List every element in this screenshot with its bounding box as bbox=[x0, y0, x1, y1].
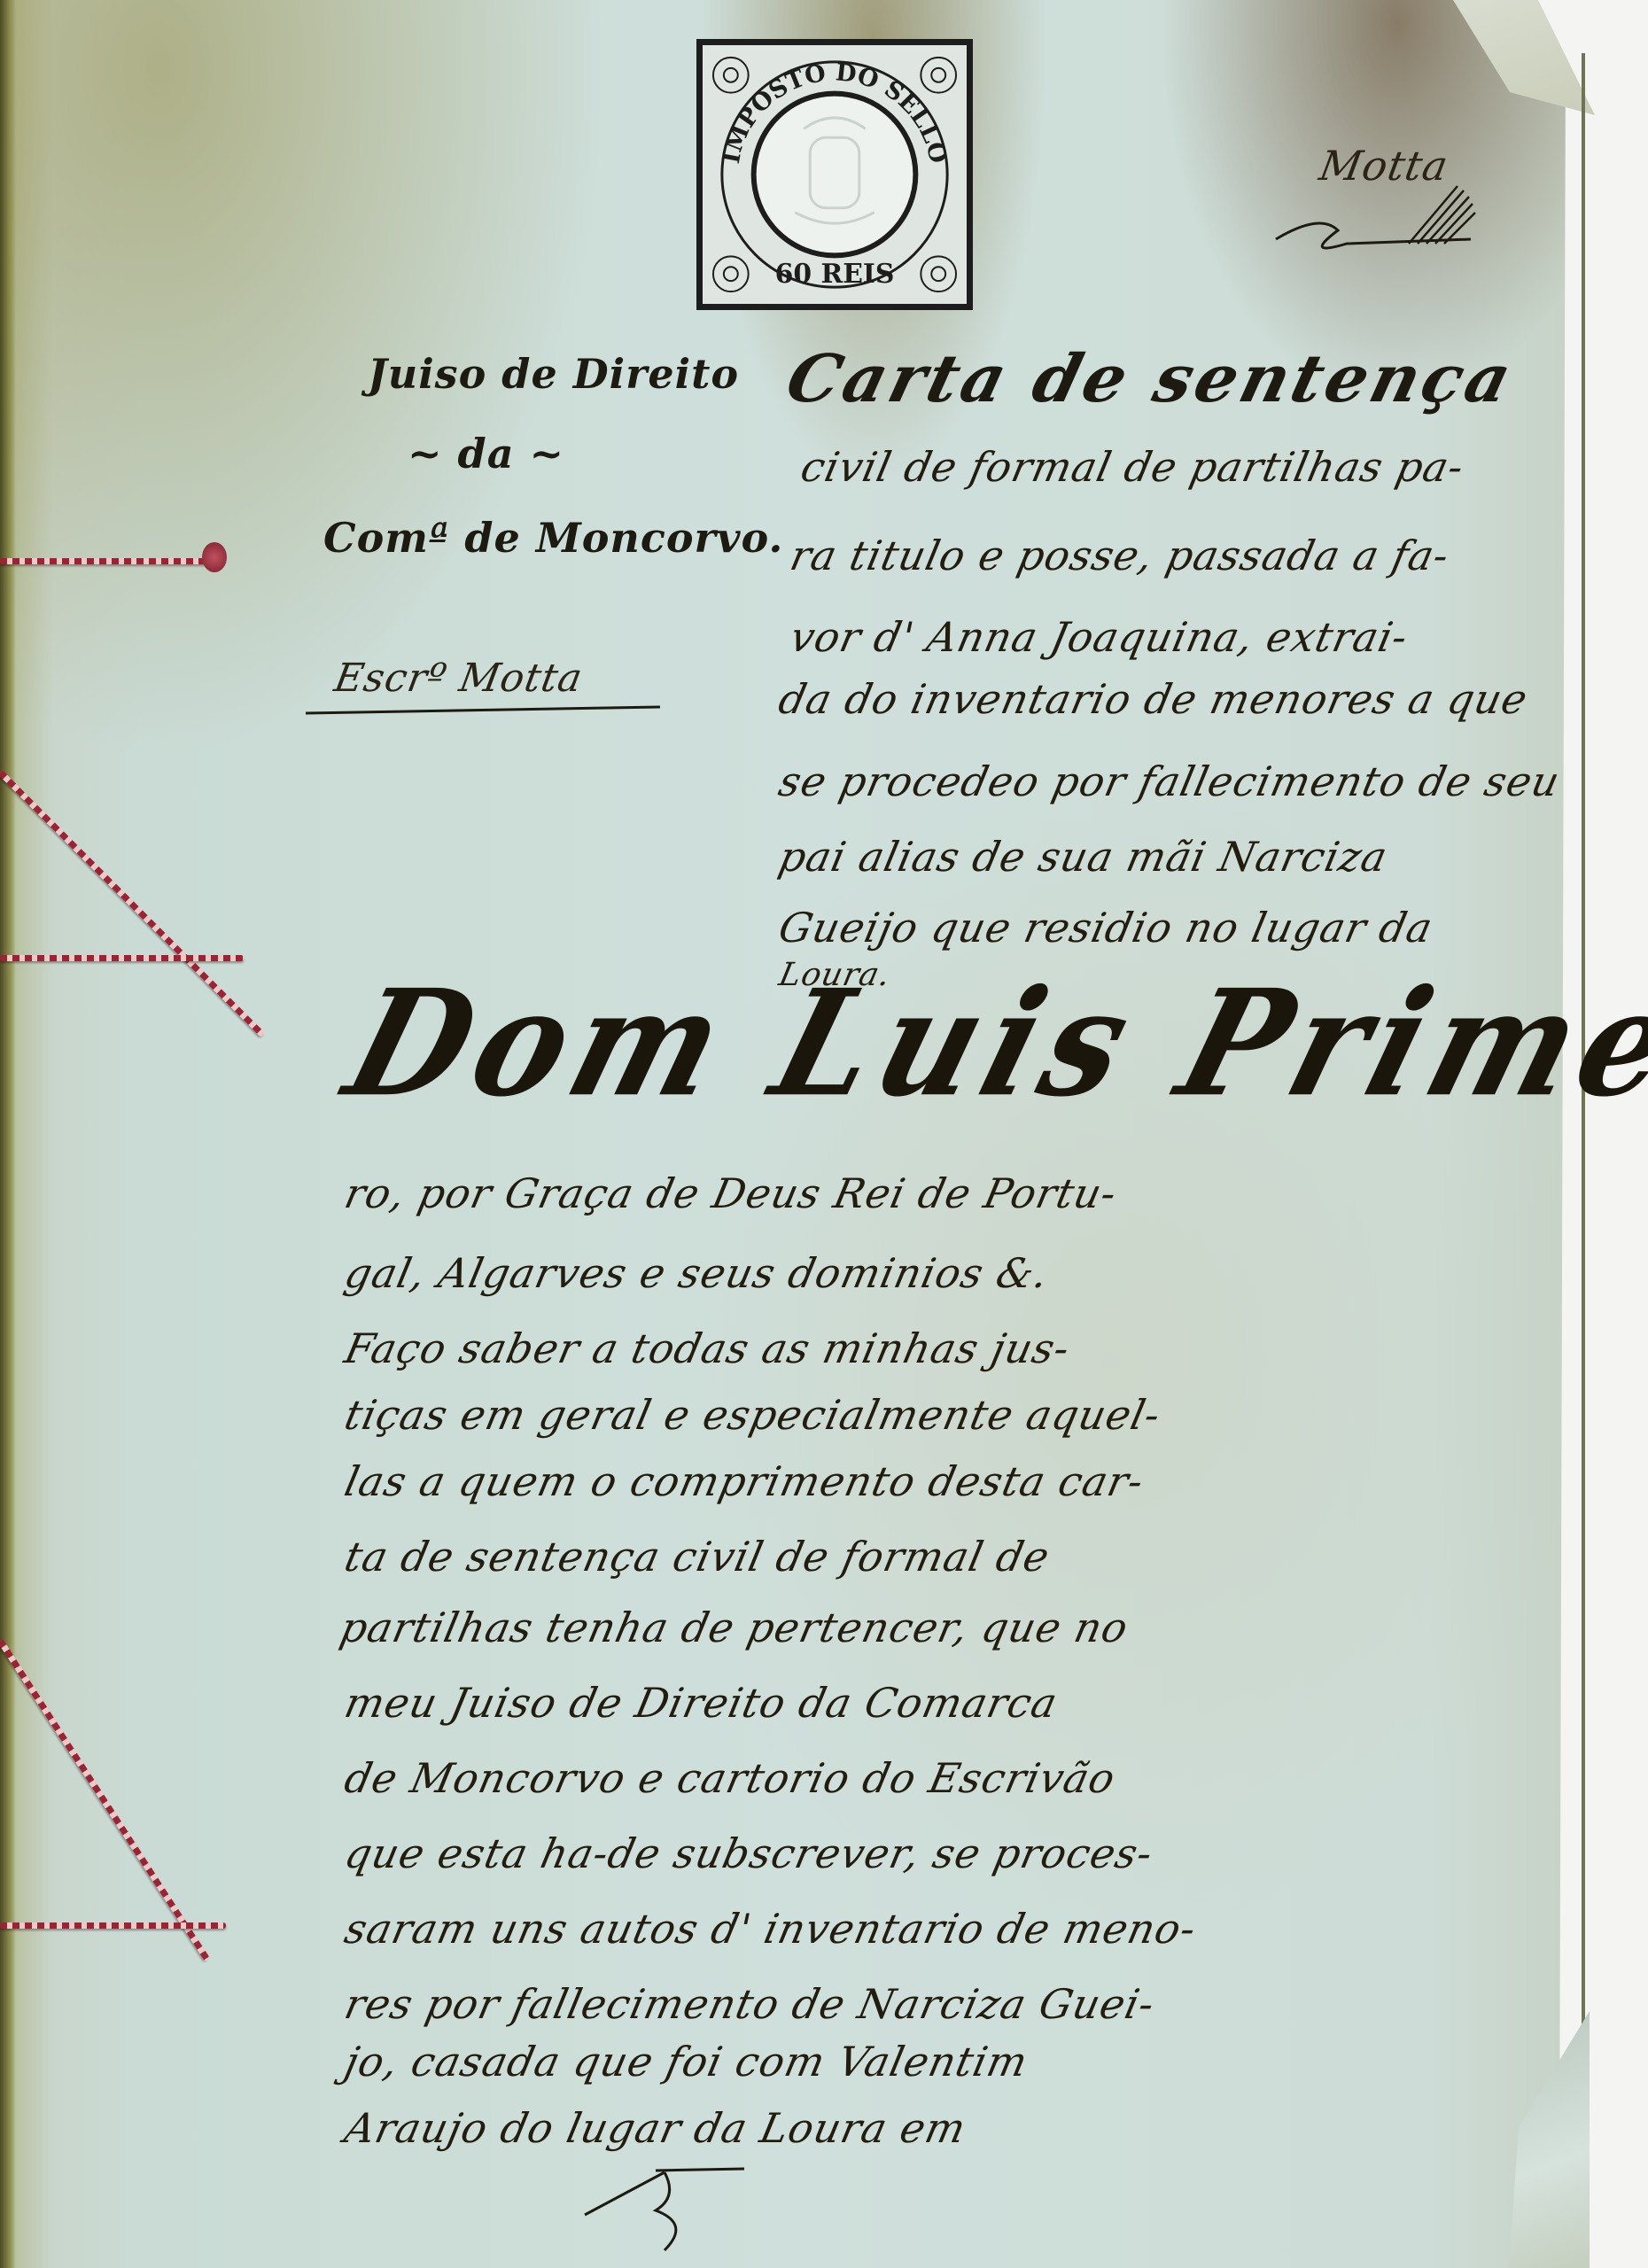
body-line: de Moncorvo e cartorio do Escrivão bbox=[340, 1754, 1120, 1802]
subtitle-line: pai alias de sua mãi Narciza bbox=[774, 833, 1392, 881]
scribe-name: Escrº Motta bbox=[331, 656, 587, 701]
subtitle-line: ra titulo e posse, passada a fa- bbox=[786, 532, 1454, 579]
body-line: Araujo do lugar da Loura em bbox=[340, 2104, 970, 2152]
body-line: gal, Algarves e seus dominios &. bbox=[340, 1249, 1053, 1297]
body-line: partilhas tenha de pertencer, que no bbox=[336, 1604, 1132, 1651]
court-district: Comª de Moncorvo. bbox=[323, 514, 783, 562]
body-line: Faço saber a todas as minhas jus- bbox=[340, 1324, 1074, 1372]
court-connector: ~ da ~ bbox=[408, 430, 564, 478]
court-name: Juiso de Direito bbox=[368, 350, 739, 398]
cord-knot bbox=[202, 542, 227, 572]
binding-cord bbox=[0, 1922, 226, 1929]
body-line: tiças em geral e especialmente aquel- bbox=[340, 1391, 1165, 1439]
subtitle-line: da do inventario de menores a que bbox=[774, 675, 1532, 723]
subtitle-line: civil de formal de partilhas pa- bbox=[797, 443, 1468, 491]
body-line: ta de sentença civil de formal de bbox=[340, 1533, 1053, 1581]
king-name-heading: Dom Luis Primei- bbox=[330, 958, 1648, 1130]
stamp-artwork: IMPOSTO DO SELLO 60 REIS bbox=[703, 45, 967, 304]
binding-cord bbox=[0, 955, 244, 961]
body-line: saram uns autos d' inventario de meno- bbox=[340, 1905, 1201, 1953]
body-line: las a quem o comprimento desta car- bbox=[340, 1457, 1148, 1505]
tax-stamp: IMPOSTO DO SELLO 60 REIS bbox=[696, 39, 973, 310]
subtitle-line: vor d' Anna Joaquina, extrai- bbox=[786, 613, 1412, 661]
subtitle-line: se procedeo por fallecimento de seu bbox=[774, 757, 1564, 805]
page-right-edge bbox=[1582, 53, 1585, 2268]
closing-flourish-icon bbox=[567, 2162, 780, 2259]
body-line: meu Juiso de Direito da Comarca bbox=[340, 1679, 1061, 1727]
body-line: jo, casada que foi com Valentim bbox=[340, 2038, 1032, 2085]
svg-text:60 REIS: 60 REIS bbox=[775, 259, 895, 290]
body-line: ro, por Graça de Deus Rei de Portu- bbox=[340, 1169, 1121, 1217]
binding-cord bbox=[0, 558, 208, 564]
body-line: res por fallecimento de Narciza Guei- bbox=[340, 1980, 1159, 2028]
subtitle-line: Gueijo que residio no lugar da bbox=[774, 904, 1437, 951]
document-title: Carta de sentença bbox=[779, 341, 1521, 417]
signature-flourish-icon bbox=[1267, 177, 1497, 275]
body-line: que esta ha-de subscrever, se proces- bbox=[340, 1829, 1157, 1877]
